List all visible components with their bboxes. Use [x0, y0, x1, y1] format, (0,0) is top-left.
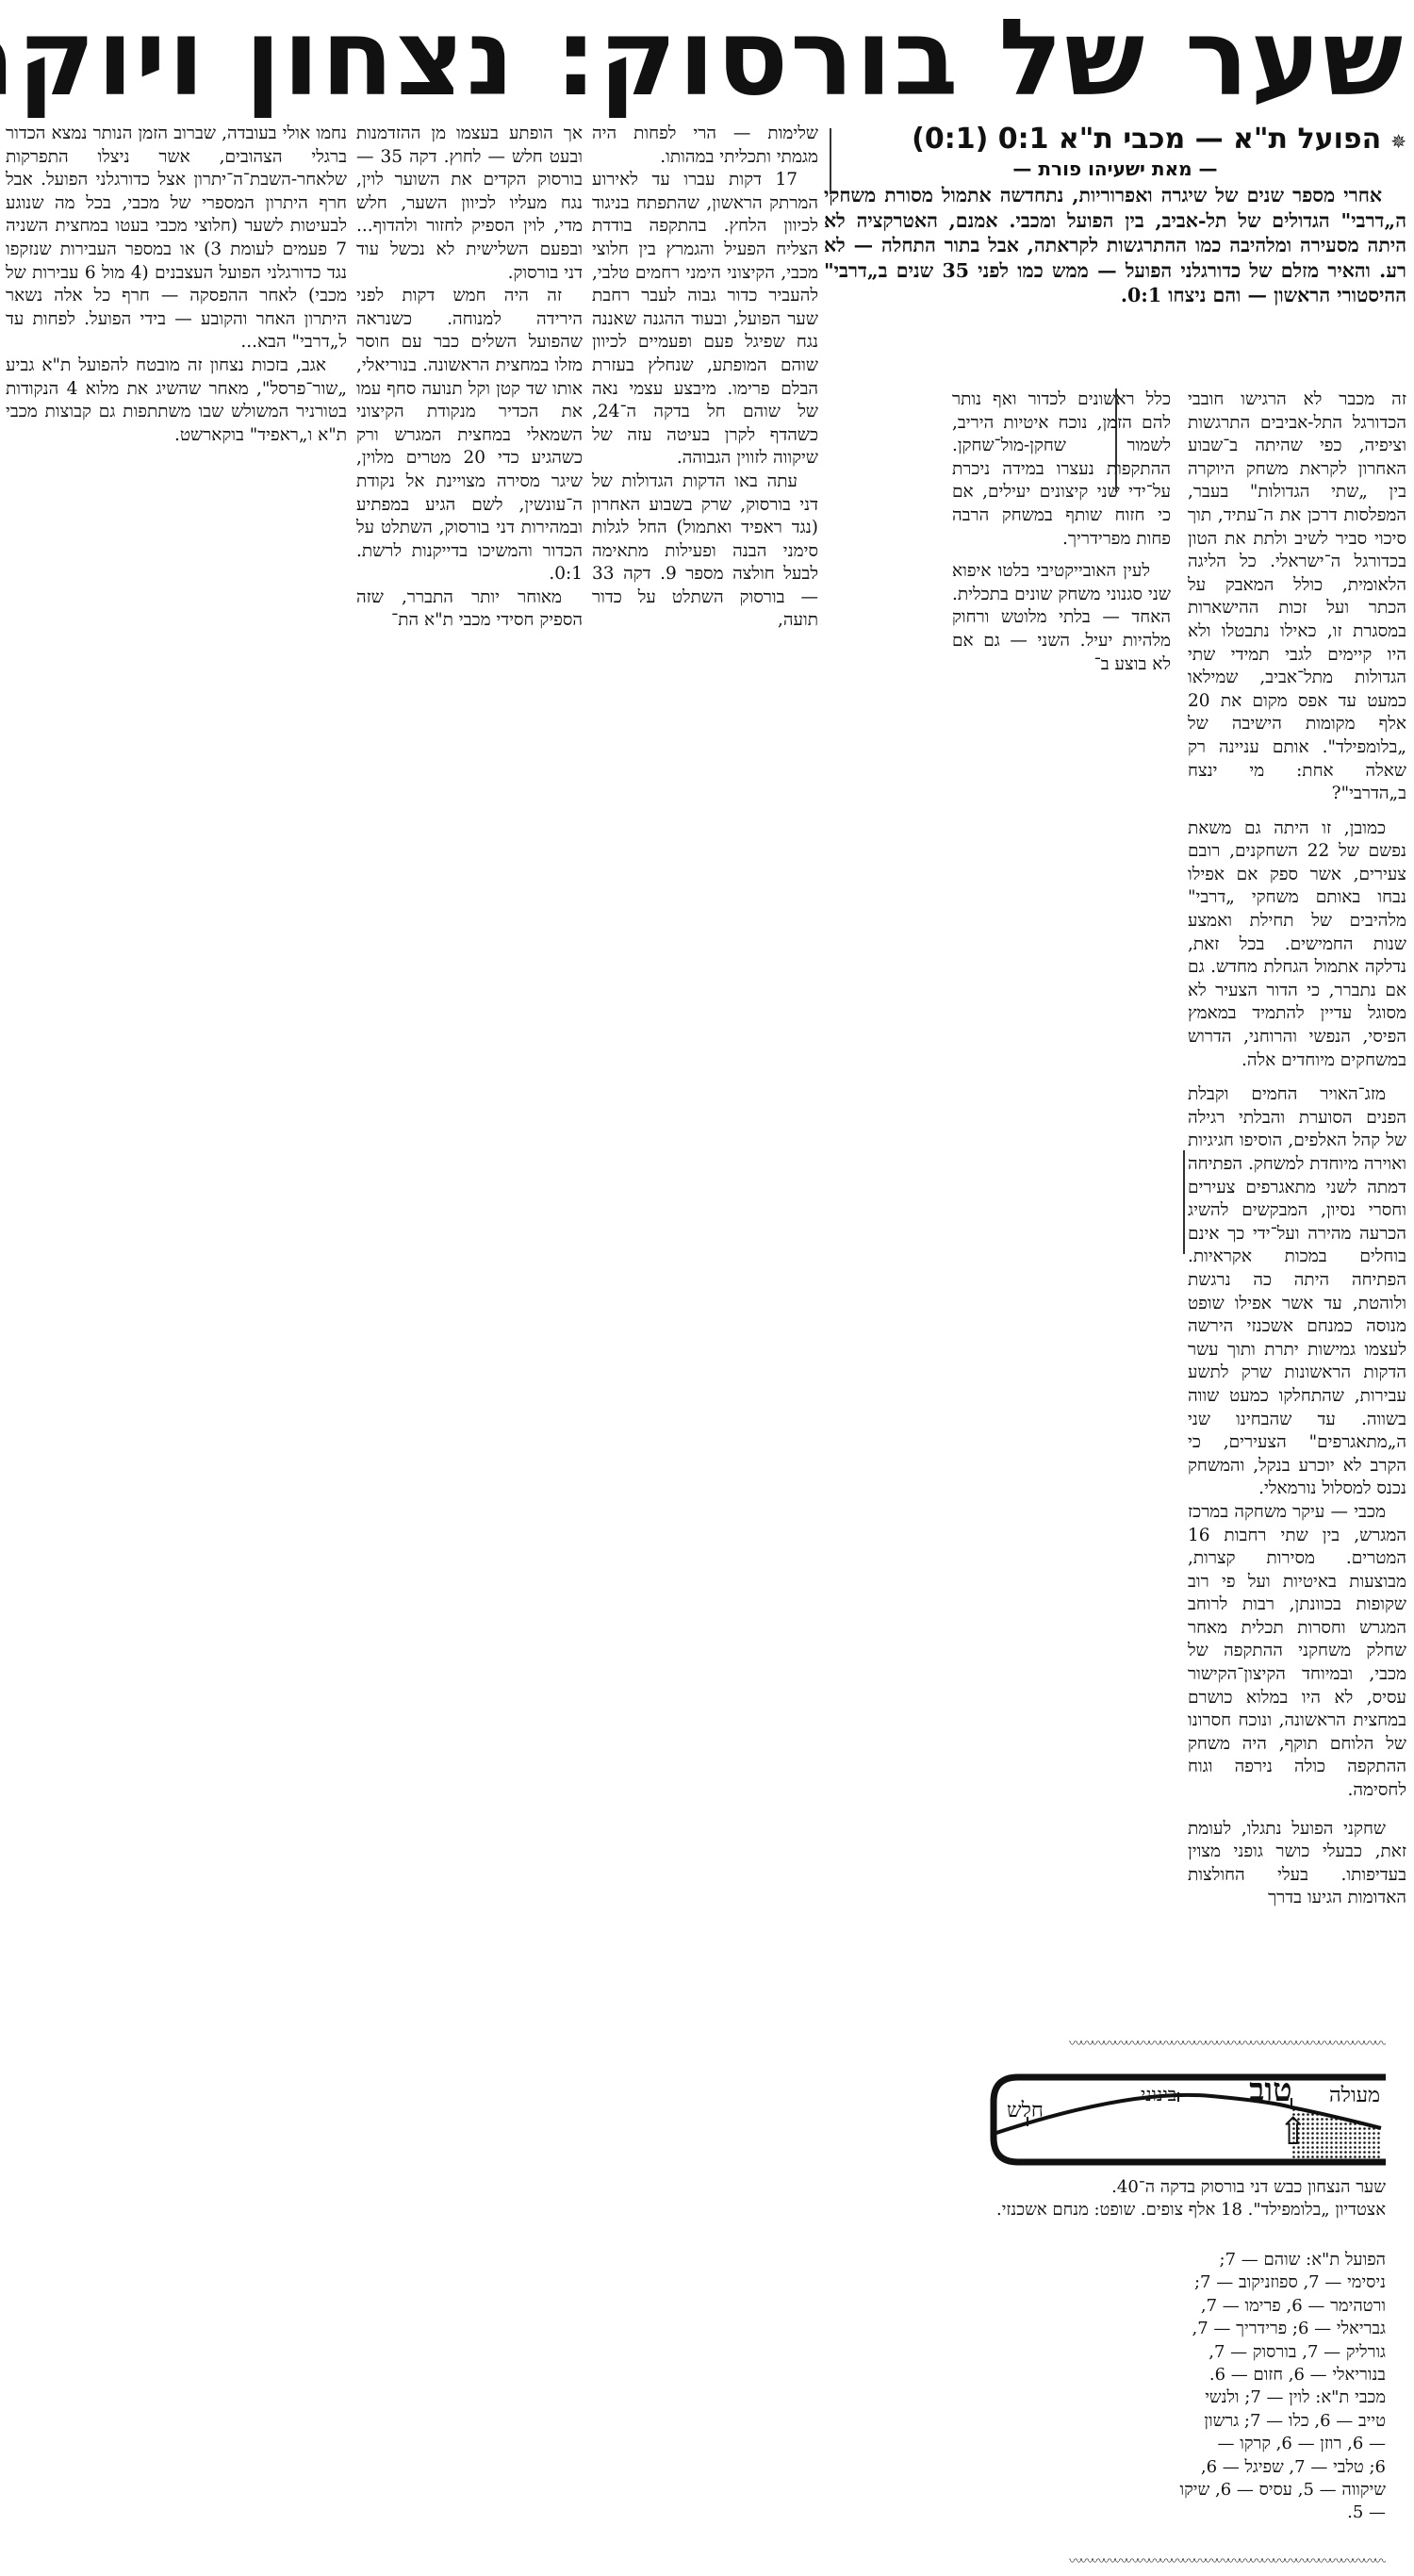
- lineup-line: בנוריאלי — 6, חזום — 6.: [990, 2364, 1386, 2386]
- paragraph: כלל ראשונים לכדור ואף נותר להם הזמן, נוכ…: [952, 388, 1171, 551]
- column-divider: [1183, 1150, 1185, 1254]
- paragraph: מכבי — עיקר משחקה במרכז המגרש, בין שתי ר…: [1188, 1501, 1406, 1803]
- lineup-line: הפועל ת"א: שוהם — 7;: [990, 2249, 1386, 2271]
- article-lead: אחרי מספר שנים של שיגרה ואפרוריות, נתחדש…: [824, 183, 1406, 308]
- paragraph: לעין האובייקטיבי בלטו איפוא שני סגנוני מ…: [952, 560, 1171, 676]
- arrow-up-icon: ⇧: [1277, 2105, 1309, 2158]
- paragraph: עתה באו הדקות הגדולות של דני בורסוק, שרק…: [592, 471, 818, 633]
- paragraph: 17 דקות עברו עד לאירוע המרתק הראשון, שהת…: [592, 169, 818, 471]
- article-column-4: אך הופתע בעצמו מן ההזדמנות ובעט חלש — לח…: [356, 123, 583, 633]
- lineup-line: טייב — 6, כלו — 7; גרשון: [990, 2410, 1386, 2433]
- lead-paragraph: אחרי מספר שנים של שיגרה ואפרוריות, נתחדש…: [824, 183, 1406, 308]
- rating-gauge: ⇧ חלש בינוני טוב מעולה: [990, 2070, 1386, 2166]
- star-icon: ✵: [1390, 130, 1406, 153]
- venue-info: אצטדיון „בלומפילד". 18 אלף צופים. שופט: …: [990, 2199, 1386, 2221]
- article-column-1: זה מכבר לא הרגישו חובבי הכדורגל התל-אביב…: [1188, 388, 1406, 1910]
- paragraph: אגב, בזכות נצחון זה מובטח להפועל ת"א גבי…: [6, 355, 347, 447]
- gauge-frame: [990, 2070, 1386, 2166]
- paragraph: מזג־האויר החמים וקבלת הפנים הסוערת והבלת…: [1188, 1083, 1406, 1501]
- gauge-label-average: בינוני: [1141, 2083, 1176, 2106]
- lineup-line: שיקווה — 5, עסיס — 6, שיקו: [990, 2479, 1386, 2502]
- lineup-line: ורטהימר — 6, פרימו — 7,: [990, 2295, 1386, 2318]
- paragraph: נחמו אולי בעובדה, שברוב הזמן הנותר נמצא …: [6, 123, 347, 355]
- paragraph: מאוחר יותר התברר, שזה הספיק חסידי מכבי ת…: [356, 586, 583, 633]
- lineup-line: ניסימי — 7, ספוזניקוב — 7;: [990, 2271, 1386, 2294]
- gauge-label-weak: חלש: [1007, 2098, 1044, 2122]
- article-column-2: כלל ראשונים לכדור ואף נותר להם הזמן, נוכ…: [952, 388, 1171, 676]
- paragraph: כמובן, זו היתה גם משאת נפשם של 22 השחקני…: [1188, 817, 1406, 1073]
- paragraph: זה מכבר לא הרגישו חובבי הכדורגל התל-אביב…: [1188, 388, 1406, 806]
- goal-info: שער הנצחון כבש דני בורסוק בדקה ה־40.: [990, 2176, 1386, 2199]
- wavy-divider: 〰〰〰〰〰〰〰〰〰〰〰〰〰〰〰〰〰〰〰〰〰〰〰〰〰〰〰〰: [990, 2039, 1386, 2049]
- lineup-line: — 5.: [990, 2502, 1386, 2524]
- lineup-ratings: הפועל ת"א: שוהם — 7; ניסימי — 7, ספוזניק…: [990, 2249, 1386, 2525]
- article-column-3: שלימות — הרי לפחות היה מגמתי ותכליתי במה…: [592, 123, 818, 633]
- headline: שער של בורסוק: נצחון ויוקרה: [0, 0, 1414, 118]
- article-kicker: ✵הפועל ת"א — מכבי ת"א 0:1 (0:1): [824, 123, 1406, 158]
- paragraph: שלימות — הרי לפחות היה מגמתי ותכליתי במה…: [592, 123, 818, 169]
- paragraph: זה היה חמש דקות לפני הירידה למנוחה. כשנר…: [356, 285, 583, 586]
- gauge-label-good: טוב: [1249, 2072, 1292, 2109]
- article-column-5: נחמו אולי בעובדה, שברוב הזמן הנותר נמצא …: [6, 123, 347, 447]
- byline: — מאת ישעיהו פורת —: [824, 157, 1406, 181]
- match-summary: שער הנצחון כבש דני בורסוק בדקה ה־40. אצט…: [990, 2176, 1386, 2221]
- kicker-text: הפועל ת"א — מכבי ת"א 0:1 (0:1): [912, 123, 1381, 156]
- paragraph: שחקני הפועל נתגלו, לעומת זאת, כבעלי כושר…: [1188, 1818, 1406, 1910]
- gauge-label-excellent: מעולה: [1329, 2083, 1380, 2107]
- lineup-line: גבריאלי — 6; פרידריך — 7,: [990, 2318, 1386, 2340]
- paragraph: אך הופתע בעצמו מן ההזדמנות ובעט חלש — לח…: [356, 123, 583, 285]
- lineup-line: מכבי ת"א: לוין — 7; ולנשי: [990, 2386, 1386, 2409]
- lineup-line: גורליק — 7, בורסוק — 7,: [990, 2341, 1386, 2364]
- lineup-line: — 6, רוזן — 6, קרקו —: [990, 2433, 1386, 2455]
- wavy-divider: 〰〰〰〰〰〰〰〰〰〰〰〰〰〰〰〰〰〰〰〰〰〰〰〰〰〰〰〰: [990, 2557, 1386, 2567]
- lineup-line: 6; טלבי — 7, שפיגל — 6,: [990, 2456, 1386, 2479]
- column-divider: [830, 128, 831, 194]
